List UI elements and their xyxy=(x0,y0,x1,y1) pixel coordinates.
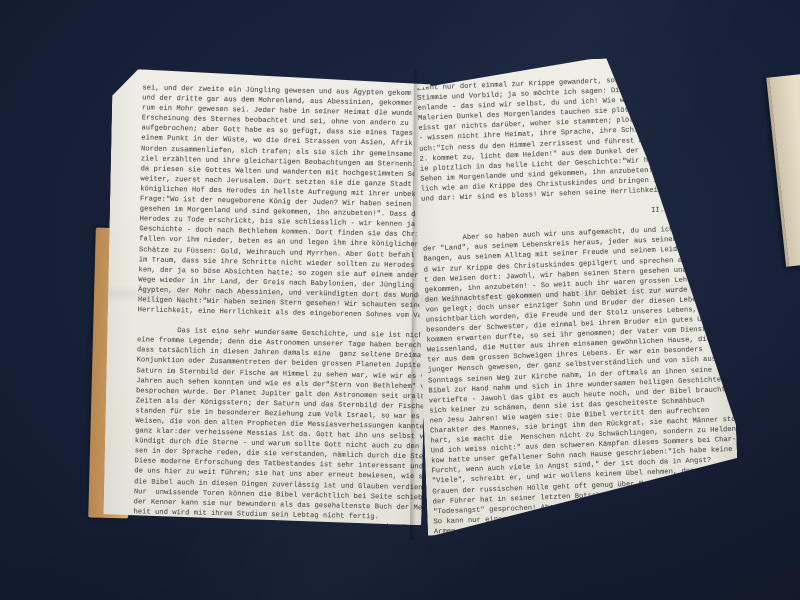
paper-stack-right-edge xyxy=(766,71,800,267)
left-page-text: sei, und der zweite ein Jüngling gewesen… xyxy=(133,83,431,525)
left-typewritten-page: sei, und der zweite ein Jüngling gewesen… xyxy=(103,69,430,526)
right-page-text: zieht nur dort einmal zur Krippe gewande… xyxy=(417,70,740,536)
right-typewritten-page: zieht nur dort einmal zur Krippe gewande… xyxy=(410,54,740,536)
